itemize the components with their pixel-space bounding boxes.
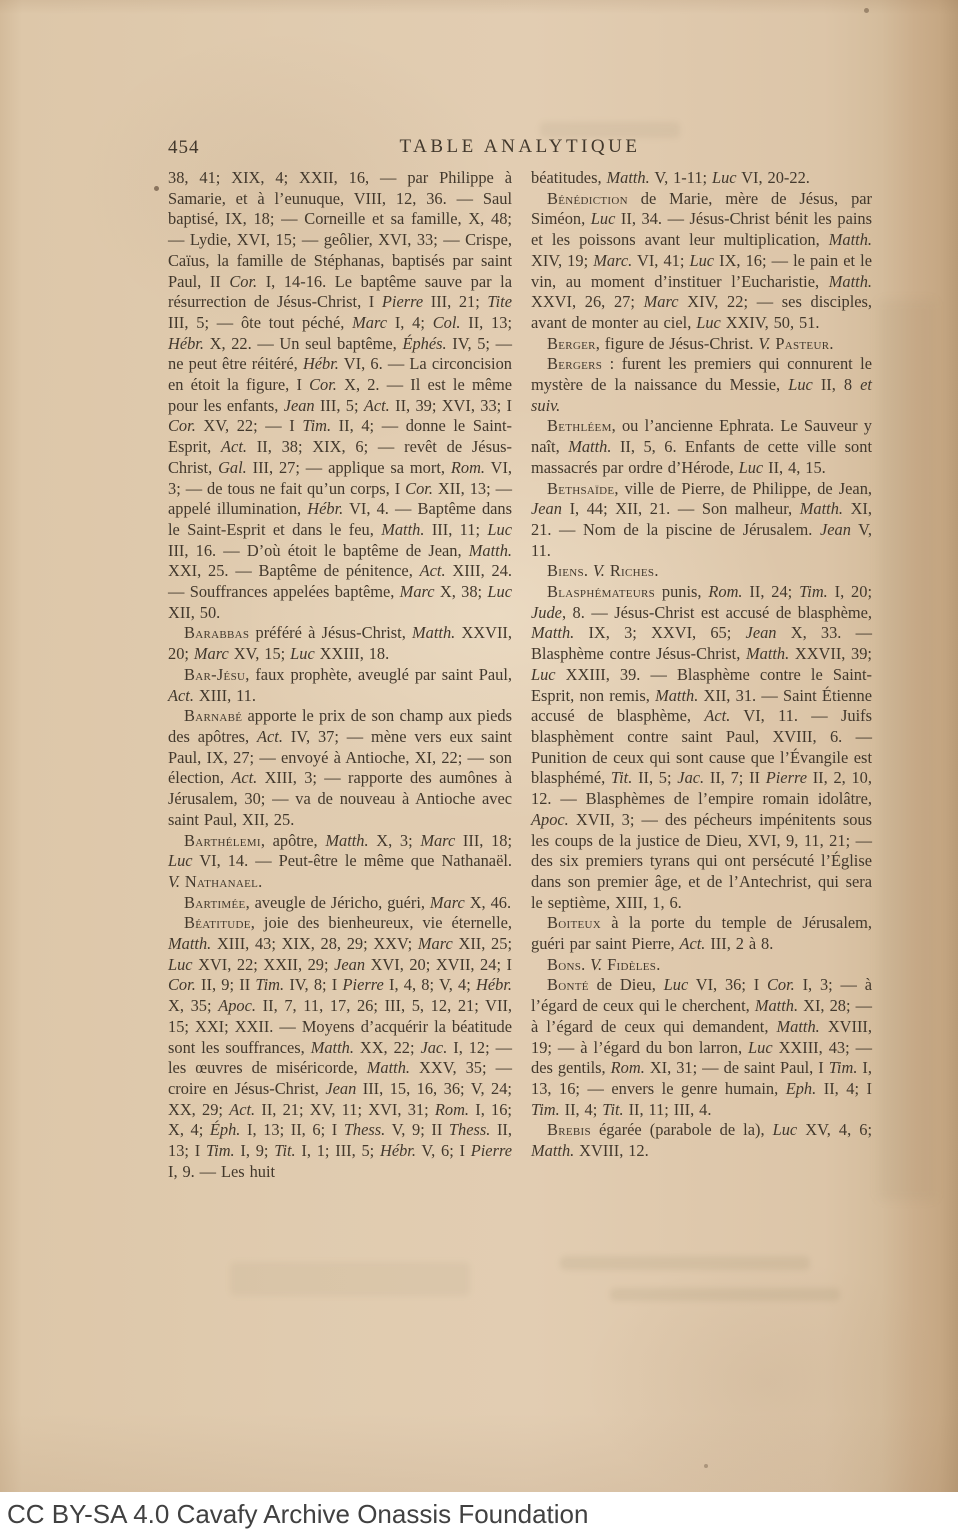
ink-bleed-smudge	[878, 300, 936, 1200]
index-entry: Boiteux à la porte du temple de Jérusale…	[531, 913, 872, 954]
index-entry: Bethléem, ou l’ancienne Ephrata. Le Sauv…	[531, 416, 872, 478]
index-entry: Bénédiction de Marie, mère de Jésus, par…	[531, 189, 872, 334]
index-entry: Blasphémateurs punis, Rom. II, 24; Tim. …	[531, 582, 872, 913]
index-entry: Béatitude, joie des bienheureux, vie éte…	[168, 913, 512, 1182]
index-entry: Berger, figure de Jésus-Christ. V. Paste…	[531, 334, 872, 355]
page-header: 454 TABLE ANALYTIQUE	[168, 136, 872, 162]
footer-bar: CC BY-SA 4.0 Cavafy Archive Onassis Foun…	[0, 1492, 958, 1536]
column-left: 38, 41; XIX, 4; XXII, 16, — par Philippe…	[168, 168, 512, 1182]
ink-bleed-smudge	[560, 1256, 810, 1270]
index-entry: Barnabé apporte le prix de son champ aux…	[168, 706, 512, 830]
index-entry: Bonté de Dieu, Luc VI, 36; I Cor. I, 3; …	[531, 975, 872, 1120]
index-entry: Bons. V. Fidèles.	[531, 955, 872, 976]
column-right: béatitudes, Matth. V, 1-11; Luc VI, 20-2…	[531, 168, 872, 1162]
index-entry: Bergers : furent les premiers qui connur…	[531, 354, 872, 416]
footer-license-text: CC BY-SA 4.0 Cavafy Archive Onassis Foun…	[7, 1499, 588, 1529]
ink-bleed-smudge	[610, 1288, 840, 1301]
page-title: TABLE ANALYTIQUE	[168, 136, 872, 158]
index-entry: Barthélemi, apôtre, Matth. X, 3; Marc II…	[168, 831, 512, 893]
index-entry: Bethsaïde, ville de Pierre, de Philippe,…	[531, 479, 872, 562]
index-entry: 38, 41; XIX, 4; XXII, 16, — par Philippe…	[168, 168, 512, 623]
scanned-book-page: { "page": { "page_number": "454", "heade…	[0, 0, 958, 1536]
index-entry: Bar-Jésu, faux prophète, aveuglé par sai…	[168, 665, 512, 706]
index-entry: Biens. V. Riches.	[531, 561, 872, 582]
index-entry: Barabbas préféré à Jésus-Christ, Matth. …	[168, 623, 512, 664]
index-entry: béatitudes, Matth. V, 1-11; Luc VI, 20-2…	[531, 168, 872, 189]
index-entry: Bartimée, aveugle de Jéricho, guéri, Mar…	[168, 893, 512, 914]
paper-speck	[154, 186, 159, 191]
paper-speck	[704, 1464, 708, 1468]
index-entry: Brebis égarée (parabole de la), Luc XV, …	[531, 1120, 872, 1161]
ink-bleed-smudge	[230, 1262, 470, 1296]
paper-speck	[864, 8, 869, 13]
